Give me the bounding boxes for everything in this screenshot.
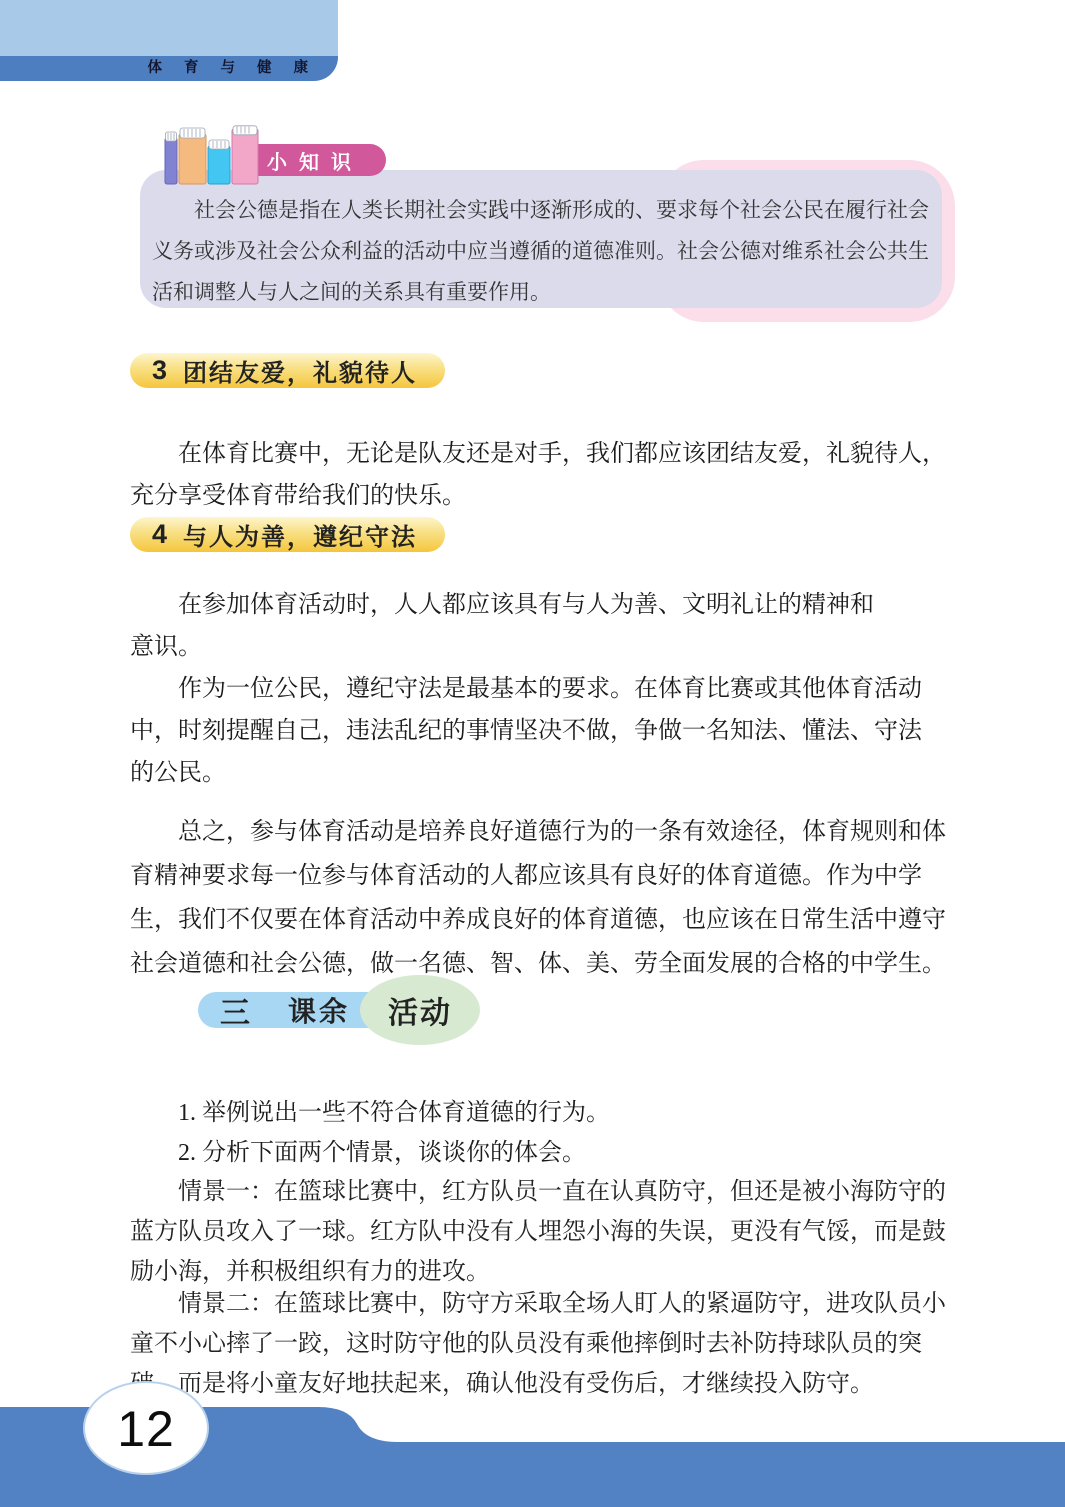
textbook-page: 体育与健康 社会公德是指在人类长期社会实践中逐渐形成的、要求每个社会公民在履行社… <box>0 0 1065 1507</box>
books-icon <box>162 125 268 189</box>
activity-item-1: 1. 举例说出一些不符合体育道德的行为。 <box>130 1092 960 1127</box>
activity-section-number: 三 <box>220 988 250 1032</box>
page-number: 12 <box>98 1400 194 1458</box>
section-4-paragraph-2: 作为一位公民，遵纪守法是最基本的要求。在体育比赛或其他体育活动 中，时刻提醒自己… <box>130 668 960 794</box>
knowledge-badge-label: 小知识 <box>255 146 363 175</box>
section-3-title: 团结友爱，礼貌待人 <box>183 353 417 388</box>
header-light-blue-block <box>0 0 338 56</box>
book-title: 体育与健康 <box>0 56 330 81</box>
knowledge-box-text: 社会公德是指在人类长期社会实践中逐渐形成的、要求每个社会公民在履行社会 义务或涉… <box>152 190 932 313</box>
section-3-paragraph: 在体育比赛中，无论是队友还是对手，我们都应该团结友爱，礼貌待人， 充分享受体育带… <box>130 433 960 517</box>
knowledge-box: 社会公德是指在人类长期社会实践中逐渐形成的、要求每个社会公民在履行社会 义务或涉… <box>140 170 942 308</box>
activity-section-label: 课余 <box>288 990 350 1030</box>
summary-paragraph: 总之，参与体育活动是培养良好道德行为的一条有效途径，体育规则和体 育精神要求每一… <box>130 810 960 986</box>
section-3-number: 3 <box>152 355 167 386</box>
section-4-title: 与人为善，遵纪守法 <box>183 517 417 552</box>
section-4-number: 4 <box>152 519 167 550</box>
activity-item-2: 2. 分析下面两个情景，谈谈你的体会。 <box>130 1132 960 1167</box>
section-3-heading: 3 团结友爱，礼貌待人 <box>130 353 445 388</box>
activity-bubble: 活动 <box>360 975 480 1045</box>
section-4-heading: 4 与人为善，遵纪守法 <box>130 517 445 552</box>
activity-scenario-1: 情景一：在篮球比赛中，红方队员一直在认真防守，但还是被小海防守的 蓝方队员攻入了… <box>130 1172 960 1292</box>
section-4-paragraph-1: 在参加体育活动时，人人都应该具有与人为善、文明礼让的精神和 意识。 <box>130 584 960 668</box>
activity-bubble-label: 活动 <box>388 988 452 1032</box>
